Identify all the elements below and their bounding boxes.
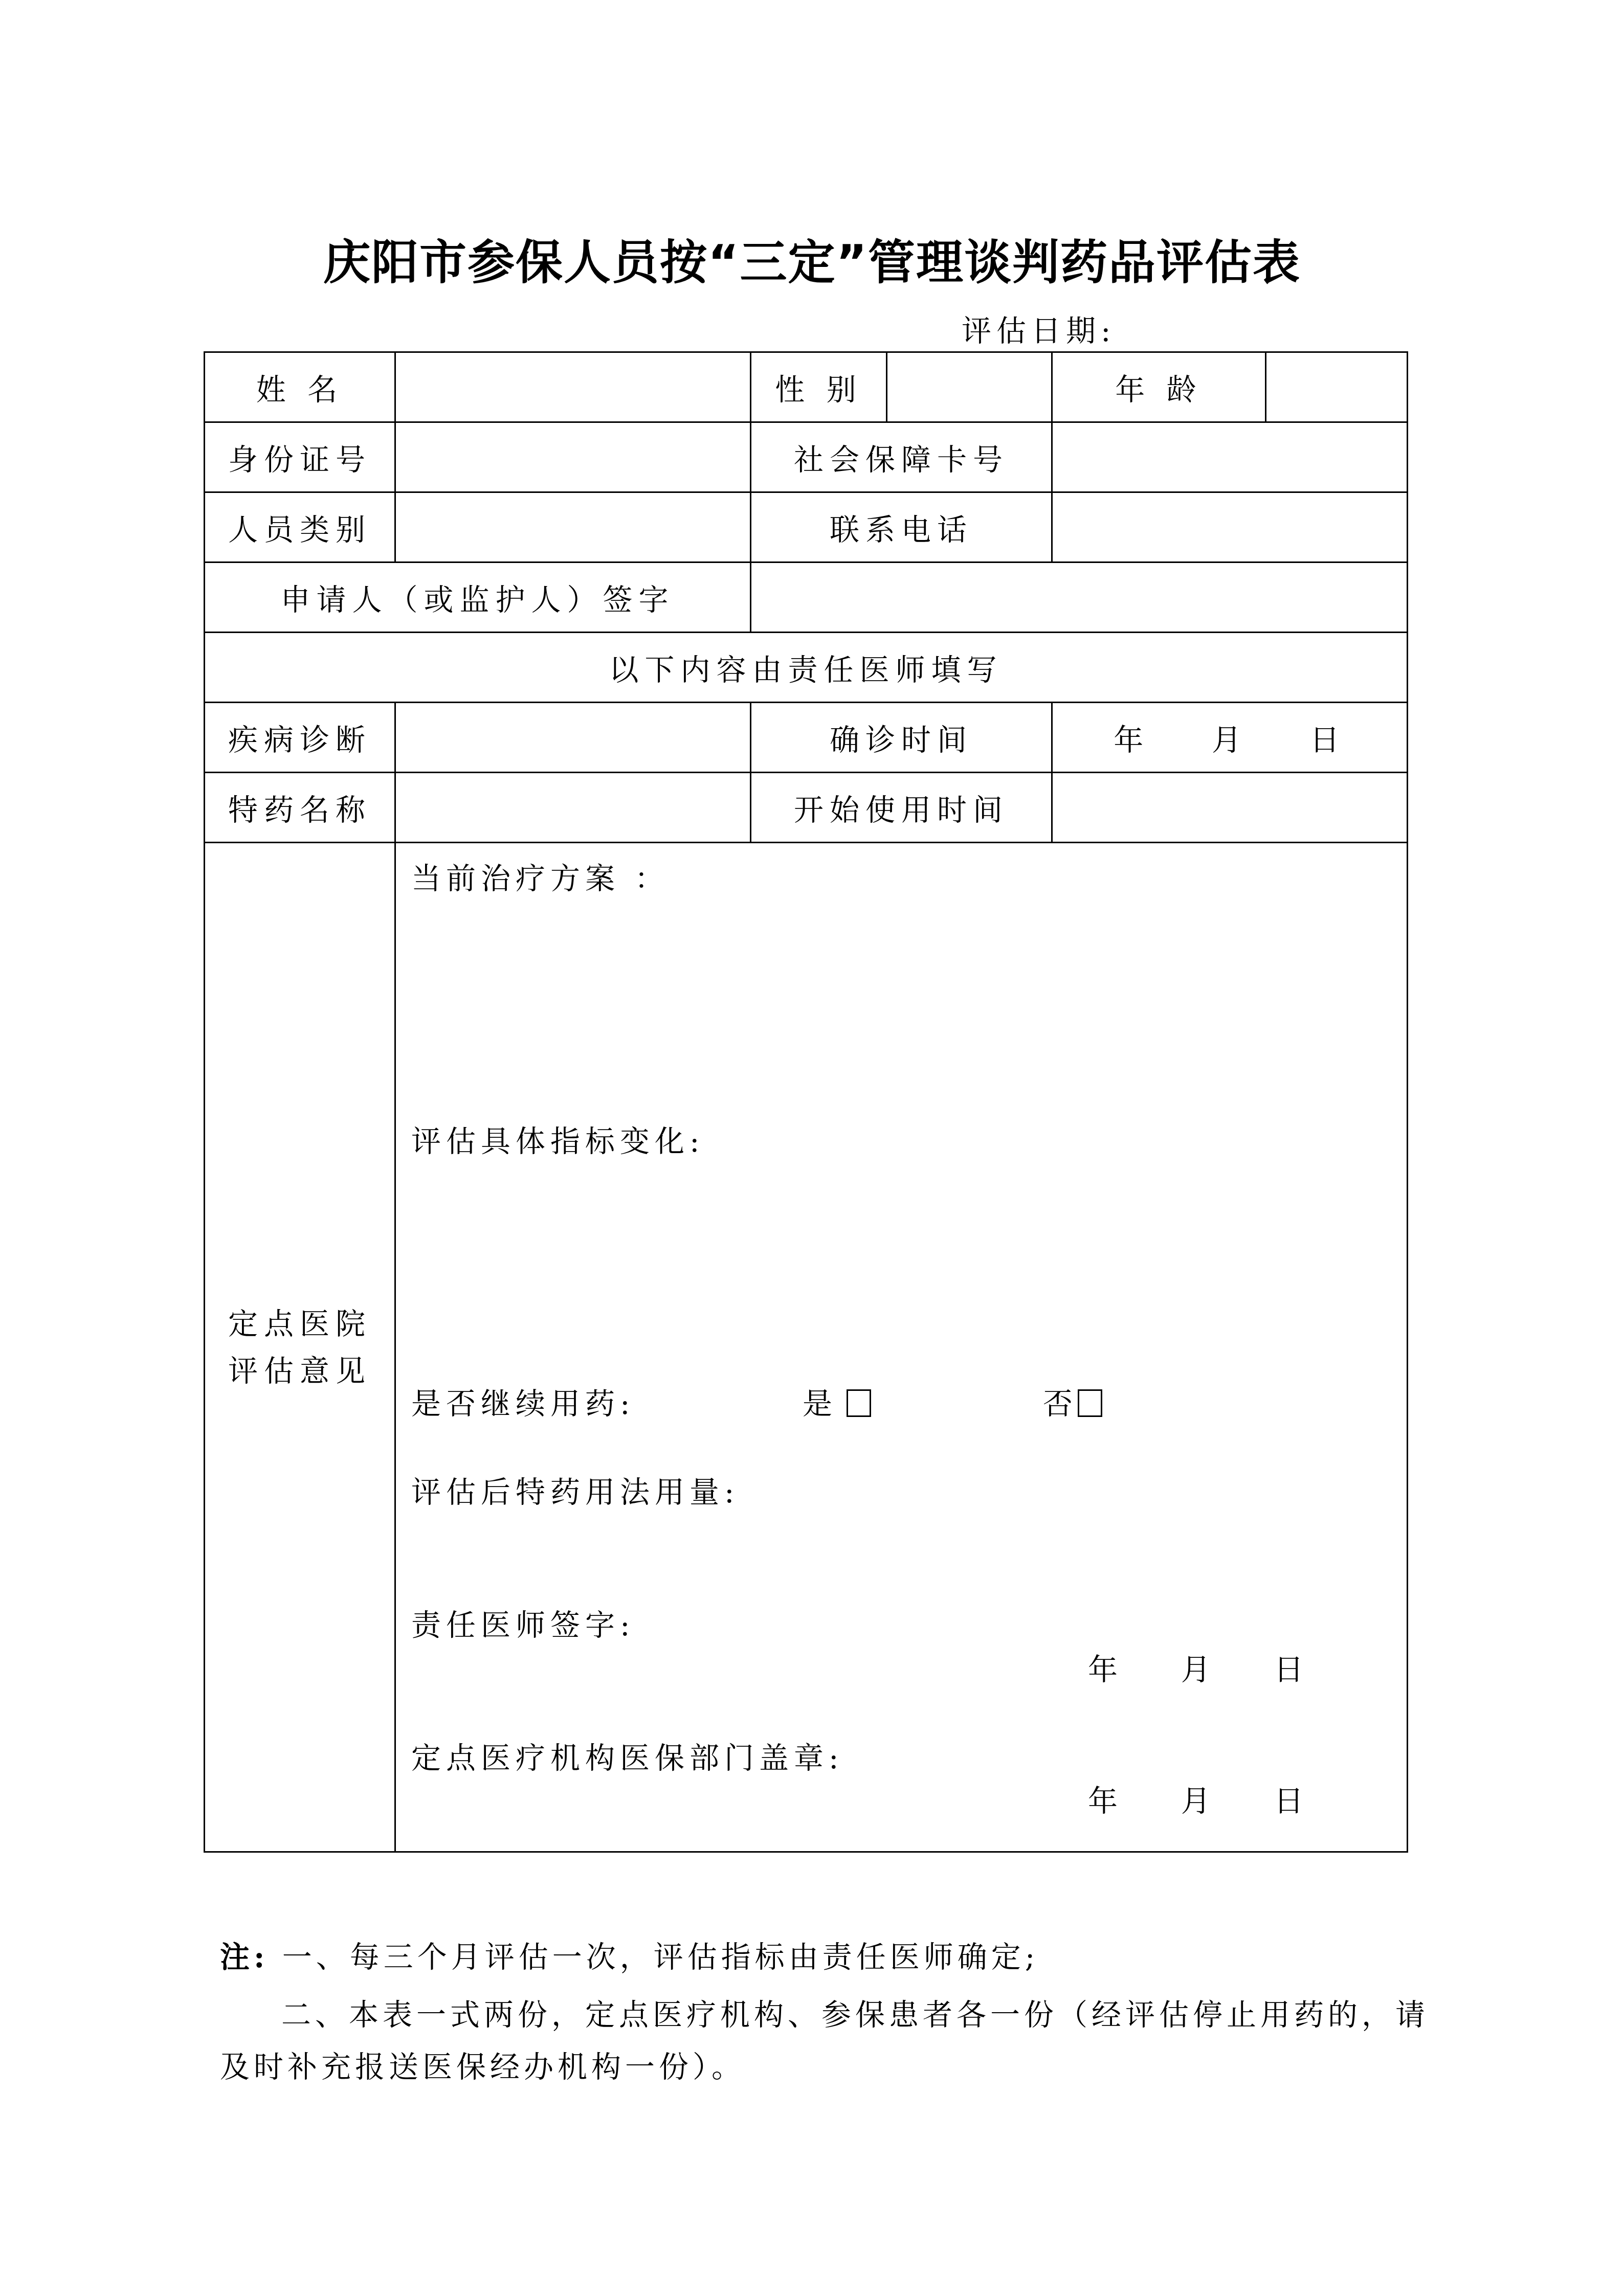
note-text-3: 及时补充报送医保经办机构一份）。 — [220, 2043, 745, 2086]
yes-label: 是 — [803, 1386, 837, 1421]
indicator-change-label: 评估具体指标变化: — [411, 1117, 705, 1160]
dosage-label: 评估后特药用法用量: — [411, 1468, 740, 1511]
start-time-field[interactable] — [1052, 773, 1408, 843]
stamp-label: 定点医疗机构医保部门盖章: — [411, 1734, 844, 1777]
diagnosis-date-field[interactable]: 年 月 日 — [1052, 703, 1408, 773]
note-line1: 注: 一、每三个月评估一次，评估指标由责任医师确定; — [220, 1933, 1039, 1976]
age-label: 年 龄 — [1052, 352, 1266, 422]
phone-label: 联系电话 — [751, 492, 1052, 562]
yes-option[interactable]: 是 — [803, 1380, 871, 1423]
phone-field[interactable] — [1052, 492, 1408, 562]
note-prefix: 注: — [220, 1940, 269, 1974]
no-option[interactable]: 否 — [1043, 1380, 1102, 1423]
diagnosis-date-placeholder: 年 月 日 — [1114, 723, 1346, 757]
doctor-section-header: 以下内容由责任医师填写 — [205, 633, 1408, 703]
diagnosis-time-label: 确诊时间 — [751, 703, 1052, 773]
diagnosis-field[interactable] — [395, 703, 751, 773]
start-time-label: 开始使用时间 — [751, 773, 1052, 843]
yes-checkbox[interactable] — [847, 1389, 871, 1417]
category-field[interactable] — [395, 492, 751, 562]
social-card-label: 社会保障卡号 — [751, 422, 1052, 492]
form-title: 庆阳市参保人员按“三定”管理谈判药品评估表 — [0, 225, 1624, 292]
opinion-content[interactable]: 当前治疗方案 ： 评估具体指标变化: 是否继续用药: 是 否 评估后特药用法用量… — [395, 843, 1408, 1852]
name-label: 姓 名 — [205, 352, 395, 422]
signature-field[interactable] — [751, 562, 1408, 633]
drug-name-label: 特药名称 — [205, 773, 395, 843]
no-checkbox[interactable] — [1078, 1389, 1102, 1417]
current-plan-label: 当前治疗方案 ： — [411, 854, 669, 897]
evaluation-form-table: 姓 名 性 别 年 龄 身份证号 社会保障卡号 人员类别 联系电话 申请人（或监… — [204, 351, 1408, 1853]
note-text-1: 一、每三个月评估一次，评估指标由责任医师确定; — [282, 1940, 1039, 1974]
gender-label: 性 别 — [751, 352, 887, 422]
diagnosis-label: 疾病诊断 — [205, 703, 395, 773]
opinion-label: 定点医院 评估意见 — [205, 843, 395, 1852]
age-field[interactable] — [1266, 352, 1408, 422]
doctor-sign-date: 年 月 日 — [1088, 1646, 1309, 1689]
social-card-field[interactable] — [1052, 422, 1408, 492]
note-text-2: 二、本表一式两份，定点医疗机构、参保患者各一份（经评估停止用药的，请 — [281, 1991, 1429, 2034]
category-label: 人员类别 — [205, 492, 395, 562]
no-label: 否 — [1043, 1386, 1078, 1421]
drug-name-field[interactable] — [395, 773, 751, 843]
id-field[interactable] — [395, 422, 751, 492]
stamp-date: 年 月 日 — [1088, 1777, 1309, 1820]
eval-date-label: 评估日期: — [962, 307, 1116, 350]
opinion-label-line1: 定点医院 — [205, 1300, 394, 1347]
doctor-sign-label: 责任医师签字: — [411, 1601, 635, 1644]
gender-field[interactable] — [887, 352, 1052, 422]
id-label: 身份证号 — [205, 422, 395, 492]
name-field[interactable] — [395, 352, 751, 422]
continue-medication-label: 是否继续用药: — [411, 1380, 635, 1423]
signature-label: 申请人（或监护人）签字 — [205, 562, 751, 633]
opinion-label-line2: 评估意见 — [205, 1347, 394, 1394]
